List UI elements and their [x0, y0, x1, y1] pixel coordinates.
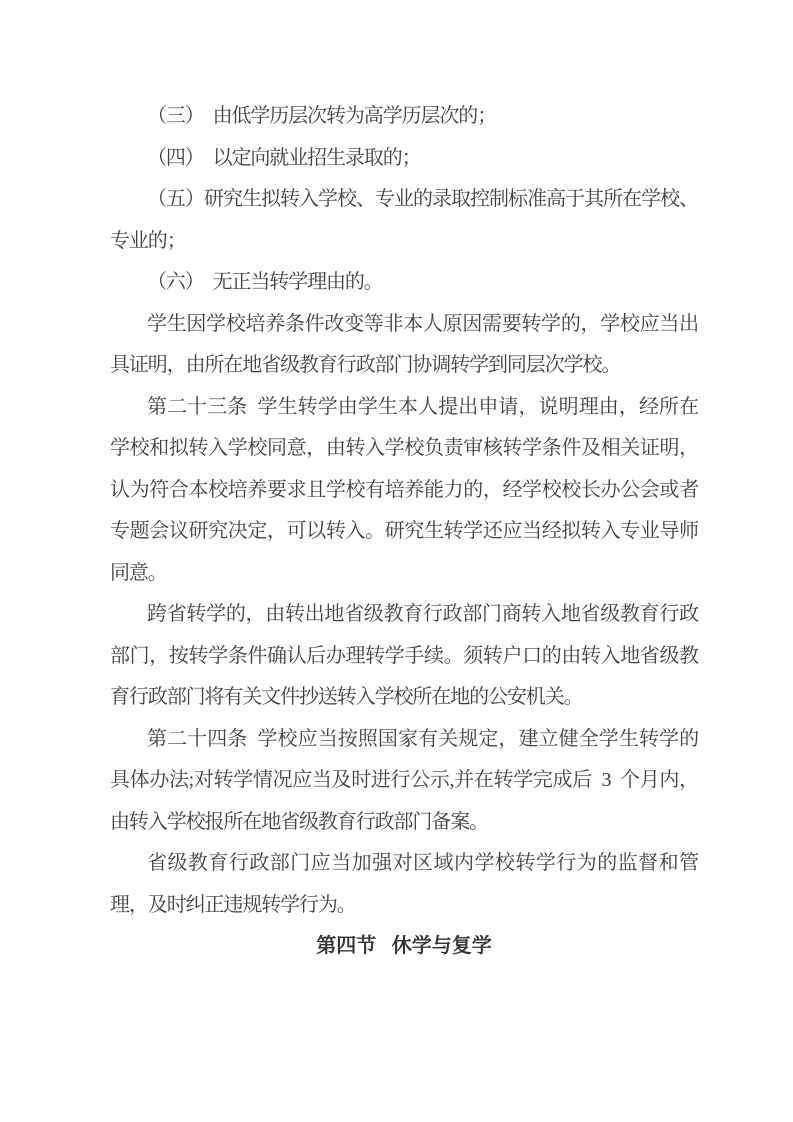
text-line: 具体办法;对转学情况应当及时进行公示,并在转学完成后 3 个月内，	[110, 760, 698, 802]
text-line: （五）研究生拟转入学校、专业的录取控制标准高于其所在学校、	[110, 179, 698, 221]
text-line: 部门，按转学条件确认后办理转学手续。须转户口的由转入地省级教	[110, 636, 698, 678]
text-line: （四） 以定向就业招生录取的；	[110, 138, 698, 180]
text-line: 学校和拟转入学校同意，由转入学校负责审核转学条件及相关证明，	[110, 428, 698, 470]
text-line: 由转入学校报所在地省级教育行政部门备案。	[110, 802, 698, 844]
text-line: 认为符合本校培养要求且学校有培养能力的，经学校校长办公会或者	[110, 470, 698, 512]
text-line: 省级教育行政部门应当加强对区域内学校转学行为的监督和管	[110, 843, 698, 885]
text-line: 具证明，由所在地省级教育行政部门协调转学到同层次学校。	[110, 345, 698, 387]
text-line: 学生因学校培养条件改变等非本人原因需要转学的，学校应当出	[110, 304, 698, 346]
text-line: 第二十四条 学校应当按照国家有关规定，建立健全学生转学的	[110, 719, 698, 761]
document-page: { "page": { "background": "#ffffff", "te…	[0, 0, 793, 1122]
text-line: 跨省转学的，由转出地省级教育行政部门商转入地省级教育行政	[110, 594, 698, 636]
text-line: （三） 由低学历层次转为高学历层次的；	[110, 96, 698, 138]
section-heading: 第四节 休学与复学	[110, 926, 698, 968]
text-line: 第二十三条 学生转学由学生本人提出申请，说明理由，经所在	[110, 387, 698, 429]
text-line: 专题会议研究决定，可以转入。研究生转学还应当经拟转入专业导师	[110, 511, 698, 553]
text-line: 育行政部门将有关文件抄送转入学校所在地的公安机关。	[110, 677, 698, 719]
text-line: 同意。	[110, 553, 698, 595]
text-line: 理，及时纠正违规转学行为。	[110, 885, 698, 927]
text-line: （六） 无正当转学理由的。	[110, 262, 698, 304]
document-body: （三） 由低学历层次转为高学历层次的；（四） 以定向就业招生录取的；（五）研究生…	[110, 96, 698, 968]
text-line: 专业的；	[110, 221, 698, 263]
